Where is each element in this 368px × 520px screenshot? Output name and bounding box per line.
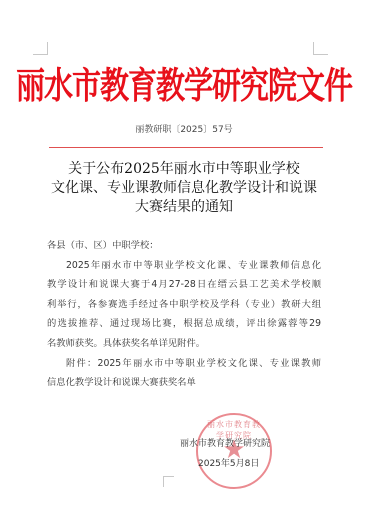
crop-mark-top-left xyxy=(33,42,48,55)
paragraph-line: 名教师获奖。具体获奖名单详见附件。 xyxy=(47,334,321,354)
attachment-line: 附件：2025年丽水市中等职业学校文化课、专业课教师 xyxy=(47,354,321,374)
paragraph-line: 的选拔推荐、通过现场比赛，根据总成绩，评出徐露蓉等29 xyxy=(47,314,321,334)
document-number: 丽教研职〔2025〕57号 xyxy=(0,122,368,135)
paragraph-line: 教学设计和说课大赛于4月27-28日在缙云县工艺美术学校顺 xyxy=(47,275,321,295)
red-divider xyxy=(49,147,323,148)
title-line: 关于公布2025年丽水市中等职业学校 xyxy=(0,160,368,179)
paragraph-line: 利举行，各参赛选手经过各中职学校及学科（专业）教研大组 xyxy=(47,295,321,315)
notice-body: 各县（市、区）中职学校： 2025年丽水市中等职业学校文化课、专业课教师信息化 … xyxy=(47,236,321,393)
signature-date: 2025年5月8日 xyxy=(198,456,259,469)
signature-org: 丽水市教育教学研究院 xyxy=(180,436,270,449)
crop-mark-bottom xyxy=(163,476,174,487)
title-line: 文化课、专业课教师信息化教学设计和说课 xyxy=(0,179,368,198)
document-masthead: 丽水市教育教学研究院文件 xyxy=(0,58,368,109)
paragraph-line: 2025年丽水市中等职业学校文化课、专业课教师信息化 xyxy=(47,256,321,276)
official-seal: 丽水市教育教学研究院 ★ xyxy=(196,413,272,489)
notice-title: 关于公布2025年丽水市中等职业学校 文化课、专业课教师信息化教学设计和说课 大… xyxy=(0,160,368,217)
salutation: 各县（市、区）中职学校： xyxy=(47,236,321,256)
title-line: 大赛结果的通知 xyxy=(0,198,368,217)
crop-mark-top-right xyxy=(313,42,328,55)
attachment-line: 信息化教学设计和说课大赛获奖名单 xyxy=(47,373,321,393)
